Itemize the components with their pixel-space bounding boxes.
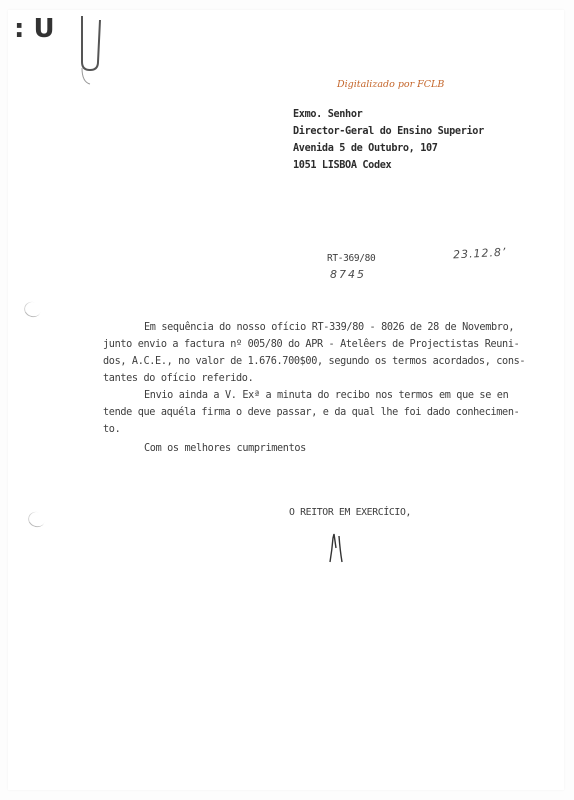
digitization-watermark: Digitalizado por FCLB [337, 79, 444, 90]
reference-number: RT-369/80 [327, 253, 375, 264]
addressee-city: 1051 LISBOA Codex [293, 160, 391, 171]
body-line: junto envio a factura nº 005/80 do APR -… [103, 339, 519, 350]
addressee-salutation: Exmo. Senhor [293, 109, 362, 120]
body-line: Envio ainda a V. Exª a minuta do recibo … [144, 390, 508, 401]
paperclip-icon [78, 10, 108, 80]
body-line: to. [103, 424, 120, 435]
handwritten-registration-number: 8745 [330, 268, 366, 281]
handwritten-mark: : U [14, 14, 55, 44]
closing-line: Com os melhores cumprimentos [144, 443, 306, 454]
addressee-title: Director-Geral do Ensino Superior [293, 126, 484, 137]
body-line: tende que aquéla firma o deve passar, e … [103, 407, 519, 418]
signature-icon [328, 532, 358, 566]
addressee-street: Avenida 5 de Outubro, 107 [293, 143, 438, 154]
body-line: dos, A.C.E., no valor de 1.676.700$00, s… [103, 356, 525, 367]
scanned-page: : U Digitalizado por FCLB Exmo. Senhor D… [0, 0, 574, 800]
body-line: tantes do ofício referido. [103, 373, 253, 384]
body-line: Em sequência do nosso ofício RT-339/80 -… [144, 322, 514, 333]
signature-title: O REITOR EM EXERCÍCIO, [289, 507, 411, 518]
handwritten-date: 23.12.8’ [453, 246, 507, 262]
